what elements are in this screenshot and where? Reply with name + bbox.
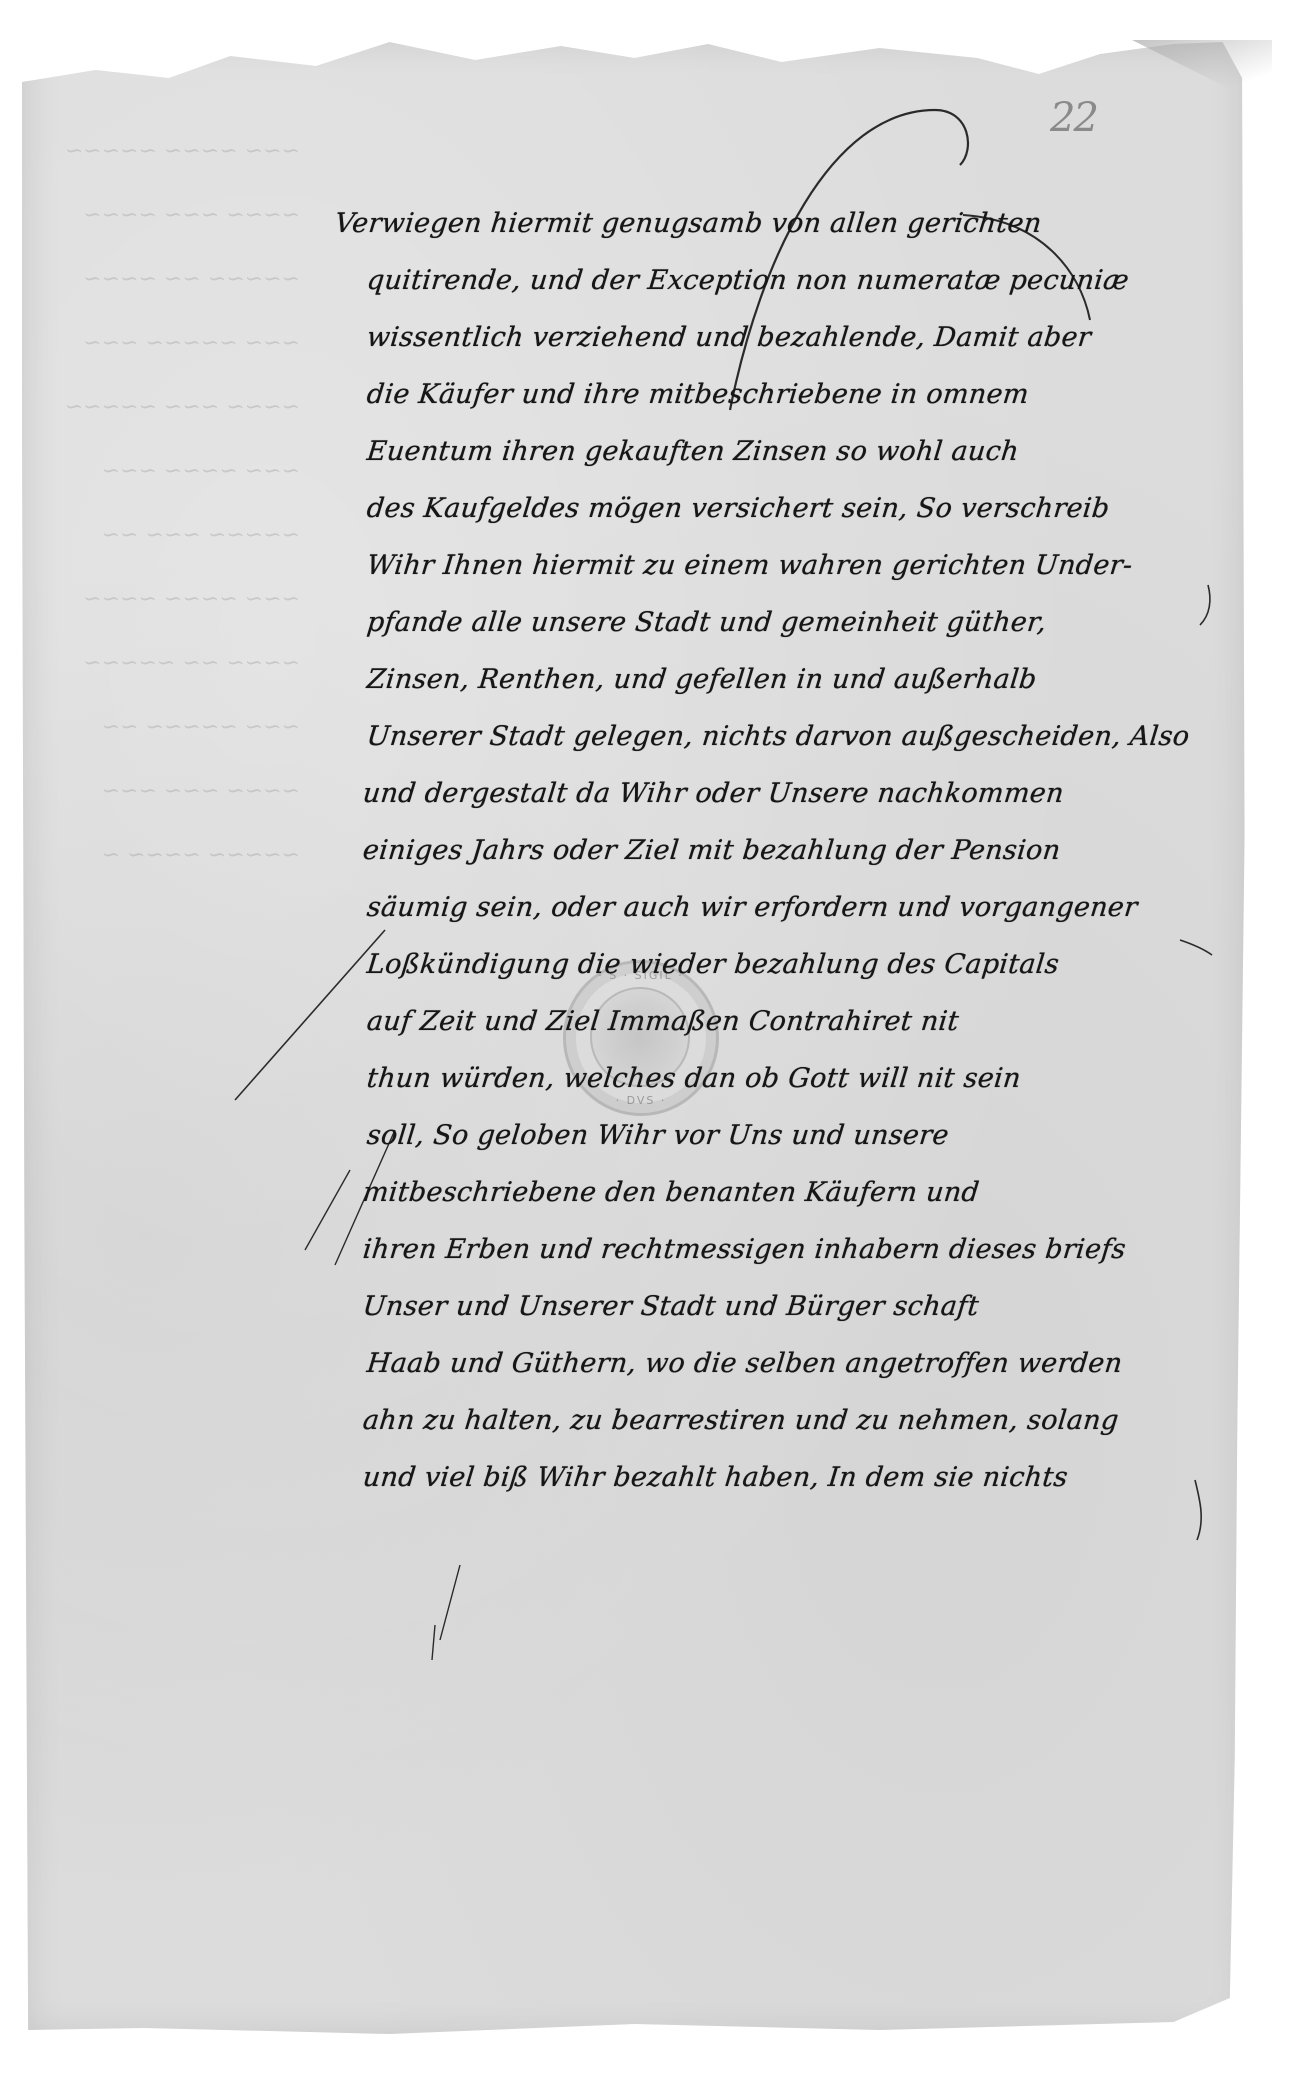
manuscript-line: Zinsen, Renthen, und gefellen in und auß…	[332, 651, 1218, 708]
manuscript-text-block: Verwiegen hiermit genugsamb von allen ge…	[335, 195, 1215, 1506]
manuscript-line: thun würden, welches dan ob Gott will ni…	[332, 1050, 1218, 1107]
bleed-through-text: ~~~ ~~~~ ~~~~~~~~~ ~~~ ~~~~~~~~~ ~~ ~~~~…	[40, 120, 300, 1120]
manuscript-line: Loßkündigung die wieder bezahlung des Ca…	[332, 936, 1218, 993]
manuscript-line: ihren Erben und rechtmessigen inhabern d…	[332, 1221, 1218, 1278]
manuscript-line: mitbeschriebene den benanten Käufern und	[332, 1164, 1218, 1221]
manuscript-line: säumig sein, oder auch wir erfordern und…	[332, 879, 1218, 936]
manuscript-line: ahn zu halten, zu bearrestiren und zu ne…	[332, 1392, 1218, 1449]
manuscript-line: Unser und Unserer Stadt und Bürger schaf…	[332, 1278, 1218, 1335]
manuscript-line: pfande alle unsere Stadt und gemeinheit …	[332, 594, 1218, 651]
manuscript-line: und viel biß Wihr bezahlt haben, In dem …	[332, 1449, 1218, 1506]
manuscript-line: Wihr Ihnen hiermit zu einem wahren geric…	[332, 537, 1218, 594]
manuscript-line: des Kaufgeldes mögen versichert sein, So…	[332, 480, 1218, 537]
manuscript-line: quitirende, und der Exception non numera…	[332, 252, 1218, 309]
manuscript-line: wissentlich verziehend und bezahlende, D…	[332, 309, 1218, 366]
manuscript-line: Verwiegen hiermit genugsamb von allen ge…	[332, 195, 1218, 252]
folio-number: 22	[1050, 95, 1097, 141]
manuscript-line: und dergestalt da Wihr oder Unsere nachk…	[332, 765, 1218, 822]
manuscript-line: einiges Jahrs oder Ziel mit bezahlung de…	[332, 822, 1218, 879]
manuscript-line: Unserer Stadt gelegen, nichts darvon auß…	[332, 708, 1218, 765]
manuscript-line: Euentum ihren gekauften Zinsen so wohl a…	[332, 423, 1218, 480]
manuscript-line: die Käufer und ihre mitbeschriebene in o…	[332, 366, 1218, 423]
manuscript-line: soll, So geloben Wihr vor Uns und unsere	[332, 1107, 1218, 1164]
manuscript-line: auf Zeit und Ziel Immaßen Contrahiret ni…	[332, 993, 1218, 1050]
manuscript-line: Haab und Güthern, wo die selben angetrof…	[332, 1335, 1218, 1392]
